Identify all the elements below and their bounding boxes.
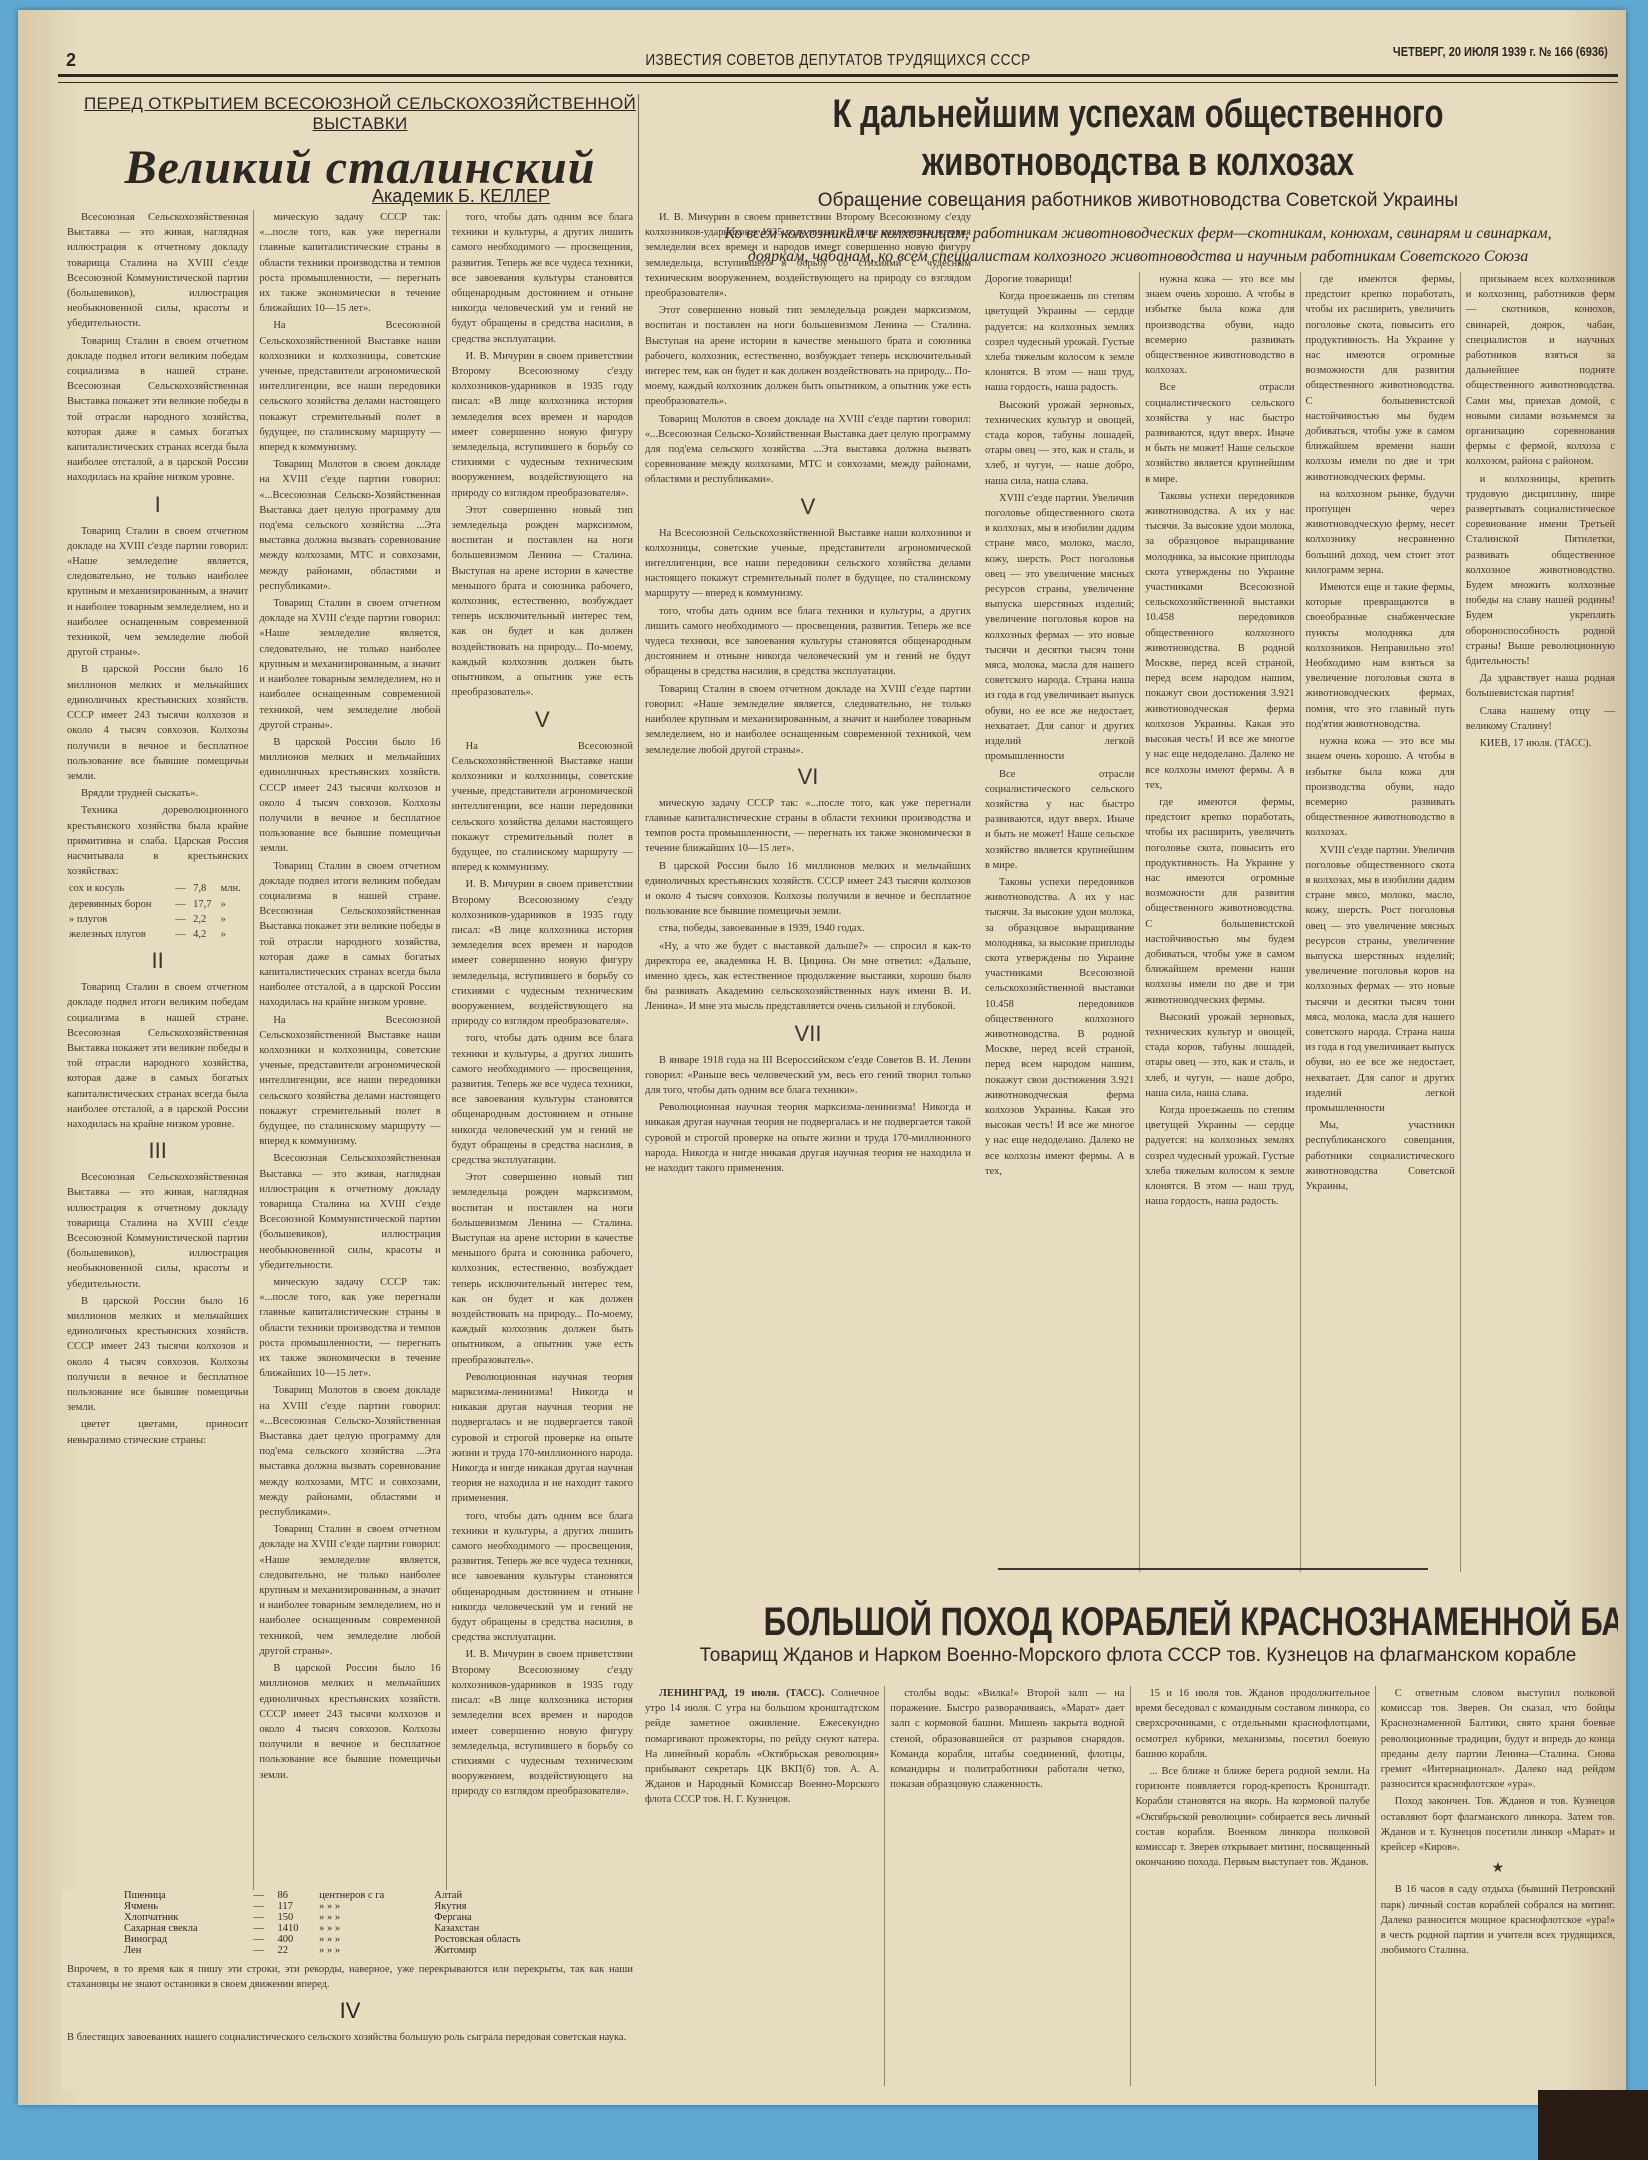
paragraph: Этот совершенно новый тип земледельца ро… [645, 303, 971, 409]
fleet-col-3: 15 и 16 июля тов. Жданов продолжительное… [1130, 1686, 1375, 2086]
paragraph: мическую задачу СССР так: «...после того… [259, 1275, 440, 1381]
fleet-col-2: столбы воды: «Вилка!» Второй залп — на п… [884, 1686, 1129, 2086]
issue-date-number: ЧЕТВЕРГ, 20 ИЮЛЯ 1939 г. № 166 (6936) [1393, 44, 1608, 59]
paragraph: нужна кожа — это все мы знаем очень хоро… [1145, 272, 1294, 378]
section-number: V [645, 494, 971, 520]
paragraph: Таковы успехи передовиков животноводства… [985, 875, 1134, 1179]
section-number: V [452, 707, 633, 733]
paragraph: В царской России было 16 миллионов мелки… [259, 1661, 440, 1783]
section-rule [998, 1568, 1428, 1570]
paragraph: Высокий урожай зерновых, технических кул… [1145, 1010, 1294, 1101]
appeal-dateline: КИЕВ, 17 июля. (ТАСС). [1466, 736, 1615, 751]
salutation: Дорогие товарищи! [985, 272, 1134, 287]
paragraph: цветет цветами, приносит невыразимо стич… [67, 1417, 248, 1447]
middle-continuation: И. В. Мичурин в своем приветствии Втором… [640, 210, 976, 1570]
paragraph: нужна кожа — это все мы знаем очень хоро… [1306, 734, 1455, 840]
left-article-header: ПЕРЕД ОТКРЫТИЕМ ВСЕСОЮЗНОЙ СЕЛЬСКОХОЗЯЙС… [80, 94, 640, 184]
paragraph: Имеются еще и такие фермы, которые превр… [1306, 580, 1455, 732]
paragraph: Товарищ Сталин в своем отчетном докладе … [645, 682, 971, 758]
section-number: II [67, 948, 248, 974]
section-number: I [67, 492, 248, 518]
paragraph: На Всесоюзной Сельскохозяйственной Выста… [259, 1013, 440, 1150]
paragraph: Товарищ Сталин в своем отчетном докладе … [259, 596, 440, 733]
paragraph: Поход закончен. Тов. Жданов и тов. Кузне… [1381, 1794, 1615, 1855]
paragraph: Таковы успехи передовиков животноводства… [1145, 489, 1294, 793]
paragraph: Всесоюзная Сельскохозяйственная Выставка… [67, 1170, 248, 1292]
paragraph: мическую задачу СССР так: «...после того… [259, 210, 440, 316]
paragraph: призываем всех колхозников и колхозниц, … [1466, 272, 1615, 470]
paragraph: И. В. Мичурин в своем приветствии Втором… [645, 210, 971, 301]
appeal-title-line-1: К дальнейшим успехам общественного [764, 90, 1513, 138]
paragraph: Мы, участники республиканского совещания… [1306, 1118, 1455, 1194]
paragraph: XVIII с'езде партии. Увеличив поголовье … [985, 491, 1134, 765]
mid-col-1: И. В. Мичурин в своем приветствии Втором… [640, 210, 976, 1570]
fleet-dateline: ЛЕНИНГРАД, 19 июля. (ТАСС). [659, 1688, 824, 1699]
article-kicker: ПЕРЕД ОТКРЫТИЕМ ВСЕСОЮЗНОЙ СЕЛЬСКОХОЗЯЙС… [80, 94, 640, 134]
paragraph: Когда проезжаешь по степям цветущей Укра… [985, 289, 1134, 395]
paragraph: того, чтобы дать одним все блага техники… [452, 1509, 633, 1646]
masthead: 2 ИЗВЕСТИЯ СОВЕТОВ ДЕПУТАТОВ ТРУДЯЩИХСЯ … [58, 38, 1618, 78]
column-divider [638, 94, 639, 1594]
appeal-body: Дорогие товарищи! Когда проезжаешь по ст… [980, 272, 1620, 1572]
records-section: Пшеница—86центнеров с гаАлтай Ячмень—117… [62, 1890, 638, 2090]
left-col-2: мическую задачу СССР так: «...после того… [253, 210, 445, 2080]
paragraph: Революционная научная теория марксизма-л… [452, 1370, 633, 1507]
table-row: Виноград—400» » »Ростовская область [122, 1934, 583, 1945]
paragraph: того, чтобы дать одним все блага техники… [452, 210, 633, 347]
fleet-col-4: С ответным словом выступил полковой коми… [1375, 1686, 1620, 2086]
paragraph: И. В. Мичурин в своем приветствии Втором… [452, 1647, 633, 1799]
paragraph: И. В. Мичурин в своем приветствии Втором… [452, 877, 633, 1029]
paragraph: Революционная научная теория марксизма-л… [645, 1100, 971, 1176]
paragraph: С ответным словом выступил полковой коми… [1381, 1686, 1615, 1792]
paragraph: Товарищ Сталин в своем отчетном докладе … [259, 859, 440, 1011]
appeal-col-2: нужна кожа — это все мы знаем очень хоро… [1139, 272, 1299, 1572]
table-row: железных плугов—4,2» [67, 927, 248, 942]
paragraph: В царской России было 16 миллионов мелки… [645, 859, 971, 920]
paragraph: На Всесоюзной Сельскохозяйственной Выста… [645, 526, 971, 602]
paragraph: В царской России было 16 миллионов мелки… [67, 662, 248, 784]
paragraph: Товарищ Сталин в своем отчетном докладе … [67, 334, 248, 486]
fleet-body: ЛЕНИНГРАД, 19 июля. (ТАСС). Солнечное ут… [640, 1686, 1620, 2086]
paragraph: Всесоюзная Сельскохозяйственная Выставка… [259, 1151, 440, 1273]
paragraph: где имеются фермы, предстоит крепко пора… [1306, 272, 1455, 485]
paragraph: Когда проезжаешь по степям цветущей Укра… [1145, 1103, 1294, 1209]
records-table: Пшеница—86центнеров с гаАлтай Ячмень—117… [122, 1890, 583, 1956]
table-row: Ячмень—117» » »Якутия [122, 1901, 583, 1912]
paragraph: и колхозницы, крепить трудовую дисциплин… [1466, 472, 1615, 670]
paragraph: На Всесоюзной Сельскохозяйственной Выста… [452, 739, 633, 876]
byline-wrap: Академик Б. КЕЛЛЕР [80, 184, 640, 208]
newspaper-title: ИЗВЕСТИЯ СОВЕТОВ ДЕПУТАТОВ ТРУДЯЩИХСЯ СС… [175, 52, 1501, 70]
paragraph: Этот совершенно новый тип земледельца ро… [452, 1170, 633, 1368]
paragraph: столбы воды: «Вилка!» Второй залп — на п… [890, 1686, 1124, 1792]
left-col-3: того, чтобы дать одним все блага техники… [446, 210, 638, 2080]
appeal-col-3: где имеются фермы, предстоит крепко пора… [1300, 272, 1460, 1572]
paragraph: Товарищ Сталин в своем отчетном докладе … [67, 524, 248, 661]
left-col-1: Всесоюзная Сельскохозяйственная Выставка… [62, 210, 253, 2080]
paragraph: Товарищ Молотов в своем докладе на XVIII… [259, 1383, 440, 1520]
tsarist-inventory-table: сох и косуль—7,8млн. деревянных борон—17… [67, 881, 248, 942]
paragraph: В царской России было 16 миллионов мелки… [259, 735, 440, 857]
paragraph: Все отрасли социалистического сельского … [985, 767, 1134, 873]
paragraph: И. В. Мичурин в своем приветствии Втором… [452, 349, 633, 501]
paragraph: В 16 часов в саду отдыха (бывший Петровс… [1381, 1882, 1615, 1958]
masthead-rule [58, 74, 1618, 83]
paragraph: Все отрасли социалистического сельского … [1145, 380, 1294, 486]
article-byline: Академик Б. КЕЛЛЕР [80, 186, 550, 207]
paragraph: ... Все ближе и ближе берега родной земл… [1136, 1764, 1370, 1870]
newspaper-page: 2 ИЗВЕСТИЯ СОВЕТОВ ДЕПУТАТОВ ТРУДЯЩИХСЯ … [18, 10, 1626, 2105]
paragraph: Слава нашему отцу — великому Сталину! [1466, 704, 1615, 734]
paragraph: «Ну, а что же будет с выставкой дальше?»… [645, 939, 971, 1015]
table-row: сох и косуль—7,8млн. [67, 881, 248, 896]
appeal-col-4: призываем всех колхозников и колхозниц, … [1460, 272, 1620, 1572]
paragraph: Высокий урожай зерновых, технических кул… [985, 398, 1134, 489]
appeal-subtitle: Обращение совещания работников животново… [658, 190, 1618, 212]
article-title: Великий сталинский смотр [80, 140, 640, 184]
paragraph: В царской России было 16 миллионов мелки… [67, 1294, 248, 1416]
paragraph: Товарищ Сталин в своем отчетном докладе … [259, 1522, 440, 1659]
appeal-col-1: Дорогие товарищи! Когда проезжаешь по ст… [980, 272, 1139, 1572]
paragraph: Товарищ Молотов в своем докладе на XVIII… [645, 412, 971, 488]
paragraph: на колхозном рынке, будучи пропущен чере… [1306, 487, 1455, 578]
appeal-title-line-2: животноводства в колхозах [764, 138, 1513, 186]
paragraph: того, чтобы дать одним все блага техники… [645, 604, 971, 680]
paragraph: мическую задачу СССР так: «...после того… [645, 796, 971, 857]
fleet-col-1: ЛЕНИНГРАД, 19 июля. (ТАСС). Солнечное ут… [640, 1686, 884, 2086]
table-row: » плугов—2,2» [67, 912, 248, 927]
paragraph: где имеются фермы, предстоит крепко пора… [1145, 795, 1294, 1008]
left-article-body: Всесоюзная Сельскохозяйственная Выставка… [62, 210, 638, 2080]
paragraph: 15 и 16 июля тов. Жданов продолжительное… [1136, 1686, 1370, 1762]
page-number: 2 [66, 50, 76, 71]
paragraph: Да здравствует наша родная большевистска… [1466, 671, 1615, 701]
fleet-subtitle: Товарищ Жданов и Нарком Военно-Морского … [658, 1645, 1618, 1667]
records-after: Впрочем, в то время как я пишу эти строк… [62, 1962, 638, 1992]
table-row: Хлопчатник—150» » »Фергана [122, 1912, 583, 1923]
paragraph: Товарищ Молотов в своем докладе на XVIII… [259, 457, 440, 594]
paragraph: Техника дореволюционного крестьянского х… [67, 803, 248, 879]
table-row: деревянных борон—17,7» [67, 897, 248, 912]
paragraph: На Всесоюзной Сельскохозяйственной Выста… [259, 318, 440, 455]
paragraph: ства, победы, завоеванные в 1939, 1940 г… [645, 921, 971, 936]
table-row: Пшеница—86центнеров с гаАлтай [122, 1890, 583, 1901]
paragraph: Этот совершенно новый тип земледельца ро… [452, 503, 633, 701]
table-row: Сахарная свекла—1410» » »Казахстан [122, 1923, 583, 1934]
paragraph: Врядли трудней сыскать». [67, 786, 248, 801]
table-row: Лен—22» » »Житомир [122, 1945, 583, 1956]
fleet-header: БОЛЬШОЙ ПОХОД КОРАБЛЕЙ КРАСНОЗНАМЕННОЙ Б… [658, 1600, 1618, 1684]
section-number: IV [62, 1998, 638, 2024]
paragraph: Всесоюзная Сельскохозяйственная Выставка… [67, 210, 248, 332]
closing-paragraph: В блестящих завоеваниях нашего социалист… [62, 2030, 638, 2045]
paragraph: В январе 1918 года на III Всероссийском … [645, 1053, 971, 1099]
paragraph: XVIII с'езде партии. Увеличив поголовье … [1306, 843, 1455, 1117]
section-number: VI [645, 764, 971, 790]
paragraph: Товарищ Сталин в своем отчетном докладе … [67, 980, 248, 1132]
paragraph: того, чтобы дать одним все блага техники… [452, 1031, 633, 1168]
background-fabric [1538, 2090, 1648, 2160]
section-number: III [67, 1138, 248, 1164]
section-number: VII [645, 1021, 971, 1047]
fleet-title: БОЛЬШОЙ ПОХОД КОРАБЛЕЙ КРАСНОЗНАМЕННОЙ Б… [764, 1600, 1513, 1645]
star-separator-icon: ★ [1381, 1861, 1615, 1876]
